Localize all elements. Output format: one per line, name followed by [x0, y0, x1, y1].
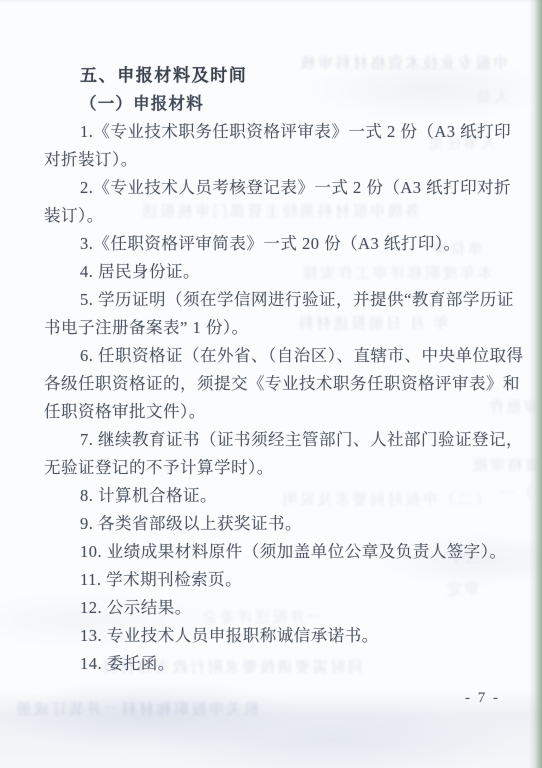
doc-line: 12. 公示结果。	[44, 594, 508, 622]
doc-line: 8. 计算机合格证。	[44, 482, 508, 510]
doc-line: 书电子注册备案表” 1 份）。	[44, 314, 508, 342]
doc-line: 10. 业绩成果材料原件（须加盖单位公章及负责人签字）。	[44, 538, 508, 566]
doc-line: 9. 各类省部级以上获奖证书。	[44, 510, 508, 538]
doc-line: 各级任职资格证的，须提交《专业技术职务任职资格评审表》和	[44, 370, 508, 398]
doc-line: 13. 专业技术人员申报职称诚信承诺书。	[44, 622, 508, 650]
bleed-through-artifact: 机关申报职称材料一并装订成册	[14, 698, 259, 719]
doc-line: 1.《专业技术职务任职资格评审表》一式 2 份（A3 纸打印	[44, 118, 508, 146]
doc-line: 6. 任职资格证（在外省、（自治区）、直辖市、中央单位取得	[44, 342, 508, 370]
document-body: 五、申报材料及时间 （一）申报材料 1.《专业技术职务任职资格评审表》一式 2 …	[44, 62, 508, 678]
doc-line: 4. 居民身份证。	[44, 258, 508, 286]
scanned-document-page: 申报专业技术资格材料审核 人员 人事任免 各级申报材料须经主管部门审核报送 单位…	[0, 0, 542, 768]
doc-line: 5. 学历证明（须在学信网进行验证，并提供“教育部学历证	[44, 286, 508, 314]
doc-line: 装订）。	[44, 202, 508, 230]
doc-line: 任职资格审批文件）。	[44, 398, 508, 426]
doc-line: 11. 学术期刊检索页。	[44, 566, 508, 594]
doc-line: 3.《任职资格评审简表》一式 20 份（A3 纸打印）。	[44, 230, 508, 258]
doc-line: 2.《专业技术人员考核登记表》一式 2 份（A3 纸打印对折	[44, 174, 508, 202]
page-number: - 7 -	[465, 690, 500, 707]
doc-line: 7. 继续教育证书（证书须经主管部门、人社部门验证登记，	[44, 426, 508, 454]
doc-line: 无验证登记的不予计算学时）。	[44, 454, 508, 482]
section-heading: 五、申报材料及时间	[44, 62, 508, 90]
doc-line: 14. 委托函。	[44, 650, 508, 678]
doc-line: 对折装订）。	[44, 146, 508, 174]
subsection-heading: （一）申报材料	[44, 90, 508, 118]
